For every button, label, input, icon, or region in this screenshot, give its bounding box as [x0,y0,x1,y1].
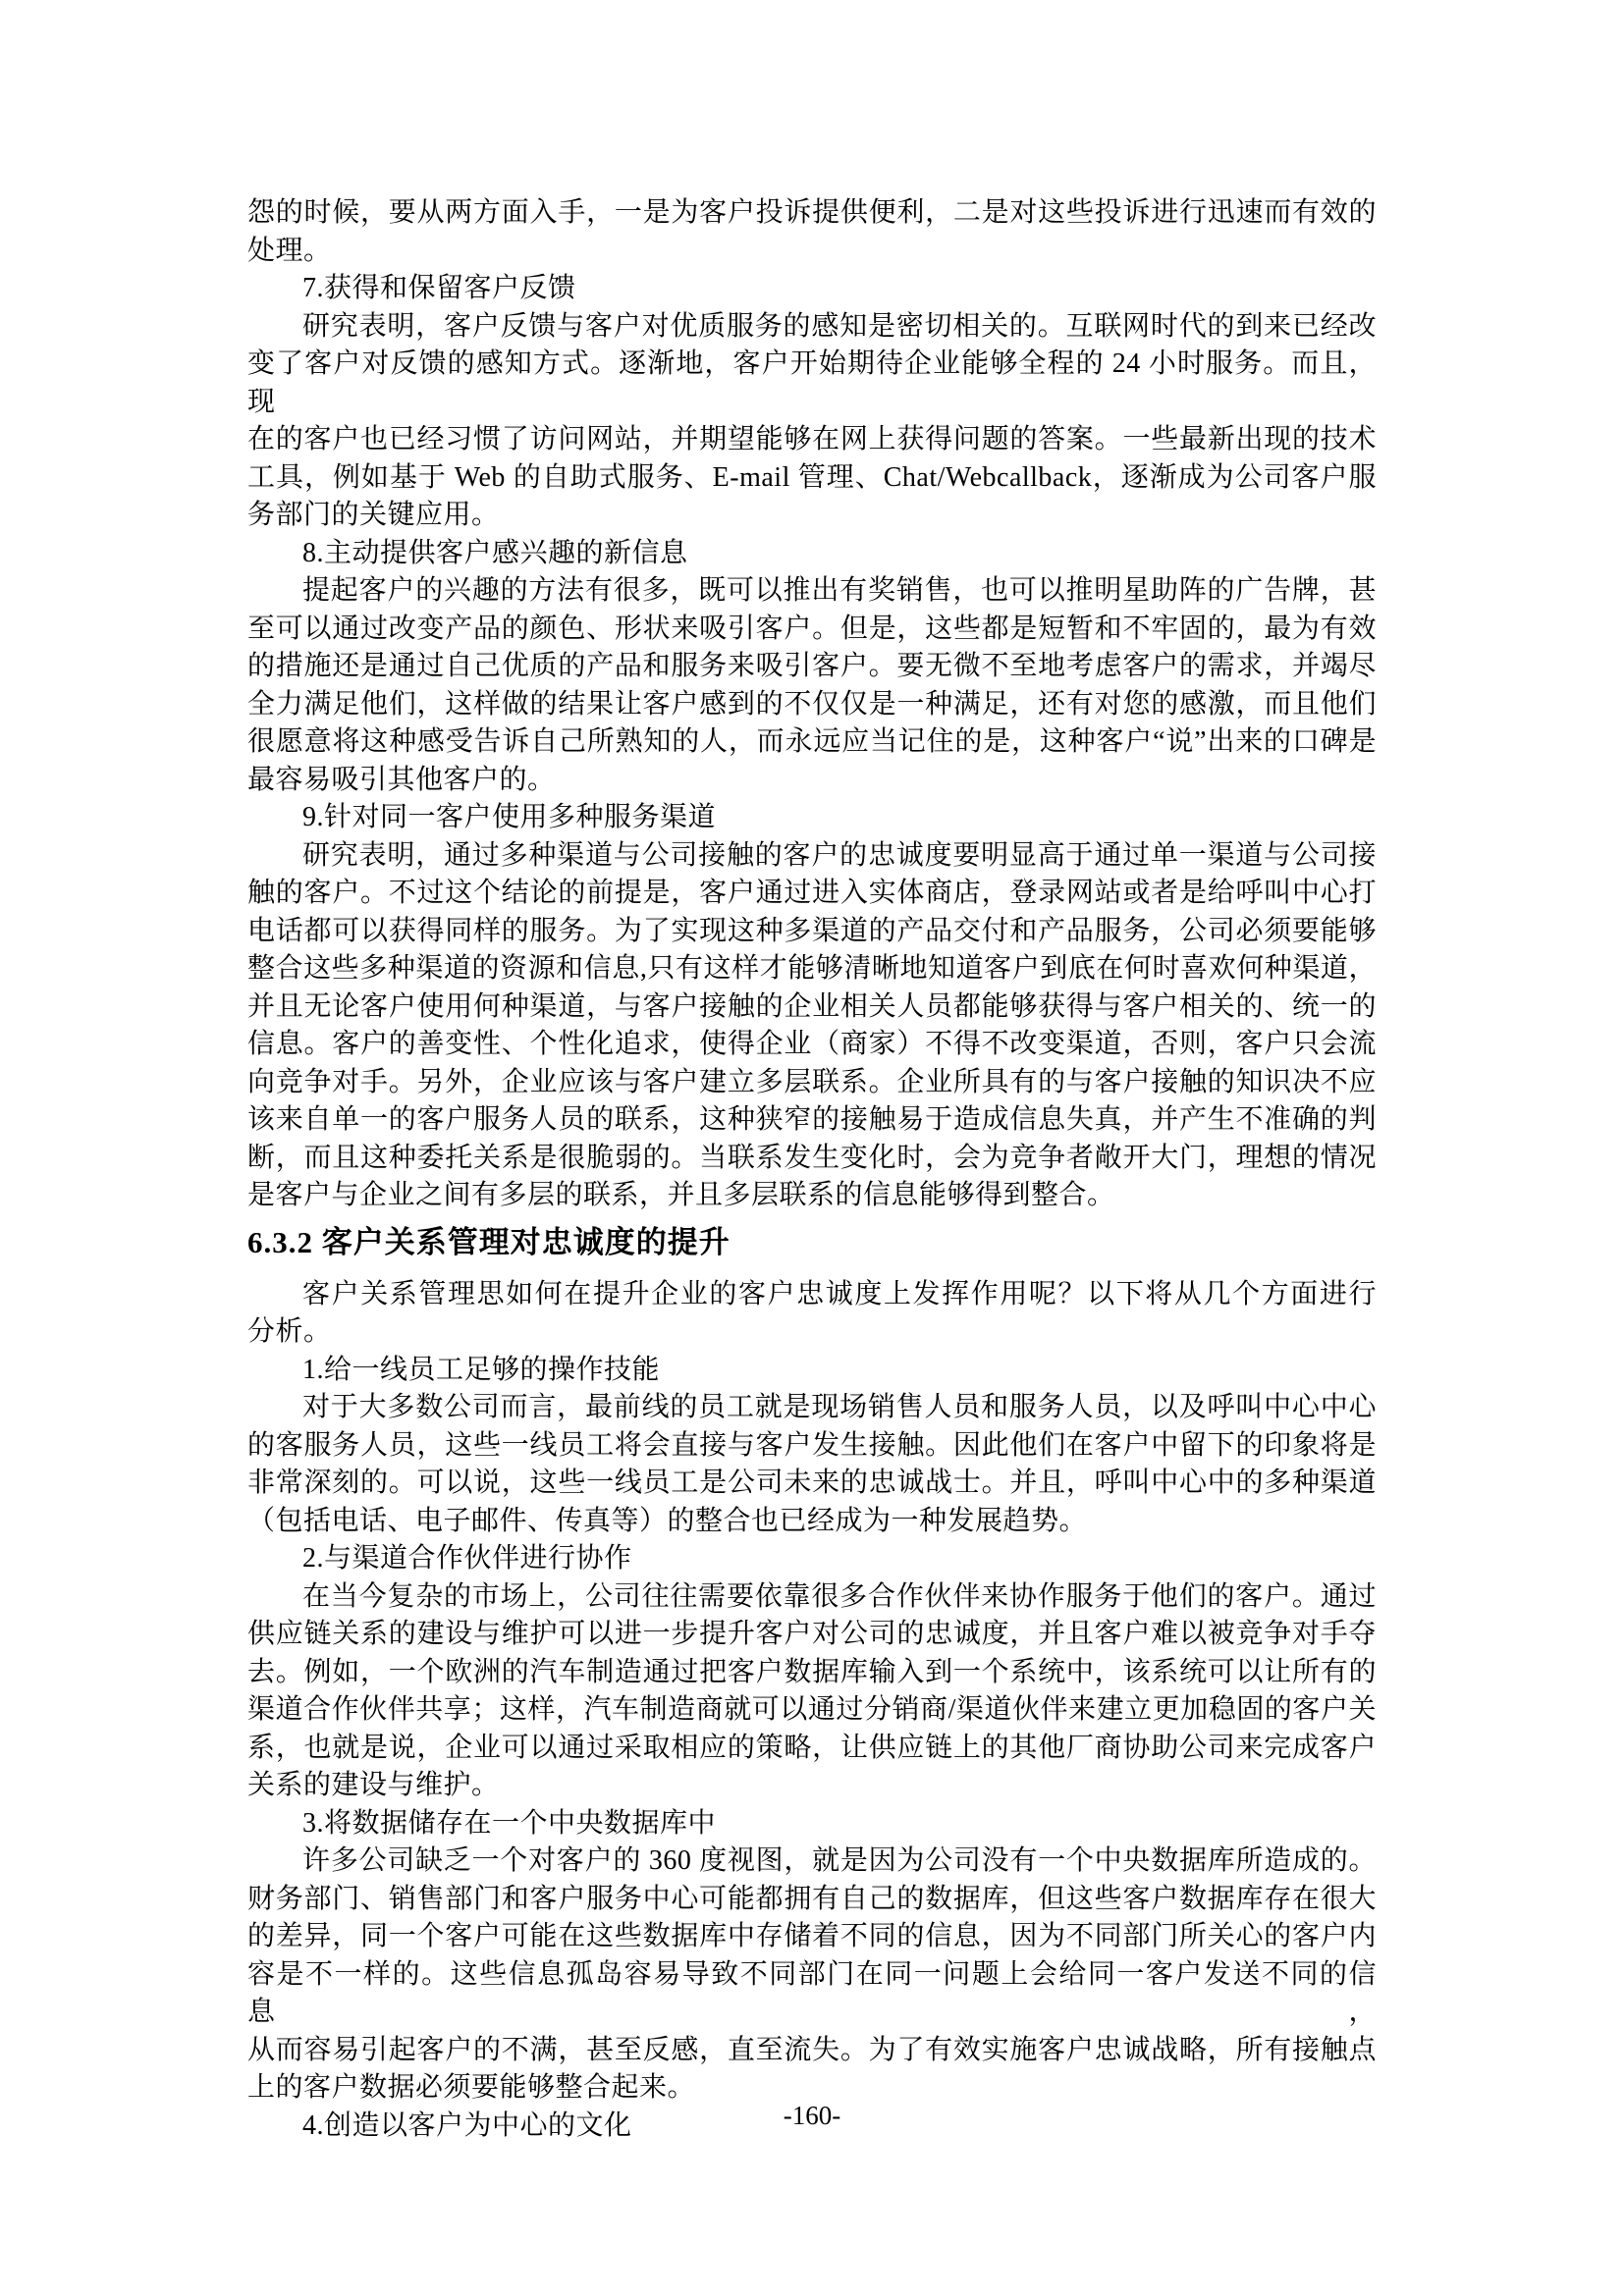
text-line: 许多公司缺乏一个对客户的 360 度视图，就是因为公司没有一个中央数据库所造成的… [247,1842,1377,1881]
text-line: 9.针对同一客户使用多种服务渠道 [247,799,1377,837]
text-line: 处理。 [247,233,1377,271]
text-line: 怨的时候，要从两方面入手，一是为客户投诉提供便利，二是对这些投诉进行迅速而有效的 [247,194,1377,233]
document-body: 怨的时候，要从两方面入手，一是为客户投诉提供便利，二是对这些投诉进行迅速而有效的… [247,194,1377,2145]
text-line: 3.将数据储存在一个中央数据库中 [247,1805,1377,1843]
text-line: 触的客户。不过这个结论的前提是，客户通过进入实体商店，登录网站或者是给呼叫中心打 [247,875,1377,913]
text-line: 在的客户也已经习惯了访问网站，并期望能够在网上获得问题的答案。一些最新出现的技术 [247,421,1377,459]
text-line: 最容易吸引其他客户的。 [247,762,1377,800]
text-line: 提起客户的兴趣的方法有很多，既可以推出有奖销售，也可以推明星助阵的广告牌，甚 [247,572,1377,611]
text-line: 系，也就是说，企业可以通过采取相应的策略，让供应链上的其他厂商协助公司来完成客户 [247,1730,1377,1768]
text-line: 全力满足他们，这样做的结果让客户感到的不仅仅是一种满足，还有对您的感激，而且他们 [247,686,1377,724]
text-line: 1.给一线员工足够的操作技能 [247,1352,1377,1390]
document-page: 怨的时候，要从两方面入手，一是为客户投诉提供便利，二是对这些投诉进行迅速而有效的… [0,0,1624,2296]
text-line: 变了客户对反馈的感知方式。逐渐地，客户开始期待企业能够全程的 24 小时服务。而… [247,346,1377,421]
text-line: 研究表明，通过多种渠道与公司接触的客户的忠诚度要明显高于通过单一渠道与公司接 [247,837,1377,876]
text-line: 的客服务人员，这些一线员工将会直接与客户发生接触。因此他们在客户中留下的印象将是 [247,1427,1377,1466]
text-line: 研究表明，客户反馈与客户对优质服务的感知是密切相关的。互联网时代的到来已经改 [247,308,1377,347]
text-line: 财务部门、销售部门和客户服务中心可能都拥有自己的数据库，但这些客户数据库存在很大 [247,1881,1377,1919]
text-line: 信息。客户的善变性、个性化追求，使得企业（商家）不得不改变渠道，否则，客户只会流 [247,1026,1377,1064]
text-line: 并且无论客户使用何种渠道，与客户接触的企业相关人员都能够获得与客户相关的、统一的 [247,988,1377,1027]
text-line: 向竞争对手。另外，企业应该与客户建立多层联系。企业所具有的与客户接触的知识决不应 [247,1064,1377,1102]
page-number: -160- [247,2101,1377,2130]
text-line: 在当今复杂的市场上，公司往往需要依靠很多合作伙伴来协作服务于他们的客户。通过 [247,1578,1377,1617]
text-line: 电话都可以获得同样的服务。为了实现这种多渠道的产品交付和产品服务，公司必须要能够 [247,913,1377,951]
text-line: 容是不一样的。这些信息孤岛容易导致不同部门在同一问题上会给同一客户发送不同的信息… [247,1956,1377,2032]
text-line: 整合这些多种渠道的资源和信息,只有这样才能够清晰地知道客户到底在何时喜欢何种渠道… [247,950,1377,988]
text-line: 7.获得和保留客户反馈 [247,270,1377,308]
text-line: 从而容易引起客户的不满，甚至反感，直至流失。为了有效实施客户忠诚战略，所有接触点 [247,2032,1377,2070]
text-line: 该来自单一的客户服务人员的联系，这种狭窄的接触易于造成信息失真，并产生不准确的判 [247,1101,1377,1140]
text-line: 工具，例如基于 Web 的自助式服务、E-mail 管理、Chat/Webcal… [247,459,1377,498]
text-line: 客户关系管理思如何在提升企业的客户忠诚度上发挥作用呢？以下将从几个方面进行 [247,1276,1377,1314]
text-line: 至可以通过改变产品的颜色、形状来吸引客户。但是，这些都是短暂和不牢固的，最为有效 [247,611,1377,649]
text-line: 务部门的关键应用。 [247,497,1377,535]
text-line: 的措施还是通过自己优质的产品和服务来吸引客户。要无微不至地考虑客户的需求，并竭尽 [247,648,1377,686]
text-line: （包括电话、电子邮件、传真等）的整合也已经成为一种发展趋势。 [247,1503,1377,1541]
text-line: 去。例如，一个欧洲的汽车制造通过把客户数据库输入到一个系统中，该系统可以让所有的 [247,1654,1377,1692]
text-line: 断，而且这种委托关系是很脆弱的。当联系发生变化时，会为竞争者敞开大门，理想的情况 [247,1140,1377,1178]
text-line: 8.主动提供客户感兴趣的新信息 [247,535,1377,573]
text-line: 对于大多数公司而言，最前线的员工就是现场销售人员和服务人员，以及呼叫中心中心 [247,1389,1377,1427]
text-line: 的差异，同一个客户可能在这些数据库中存储着不同的信息，因为不同部门所关心的客户内 [247,1918,1377,1956]
text-line: 是客户与企业之间有多层的联系，并且多层联系的信息能够得到整合。 [247,1177,1377,1215]
text-line: 渠道合作伙伴共享；这样，汽车制造商就可以通过分销商/渠道伙伴来建立更加稳固的客户… [247,1691,1377,1730]
text-line: 2.与渠道合作伙伴进行协作 [247,1540,1377,1578]
text-line: 非常深刻的。可以说，这些一线员工是公司未来的忠诚战士。并且，呼叫中心中的多种渠道 [247,1465,1377,1503]
text-line: 供应链关系的建设与维护可以进一步提升客户对公司的忠诚度，并且客户难以被竞争对手夺 [247,1616,1377,1654]
section-heading: 6.3.2 客户关系管理对忠诚度的提升 [247,1223,1377,1262]
text-line: 分析。 [247,1313,1377,1352]
text-line: 关系的建设与维护。 [247,1767,1377,1805]
text-line: 很愿意将这种感受告诉自己所熟知的人，而永远应当记住的是，这种客户“说”出来的口碑… [247,723,1377,762]
